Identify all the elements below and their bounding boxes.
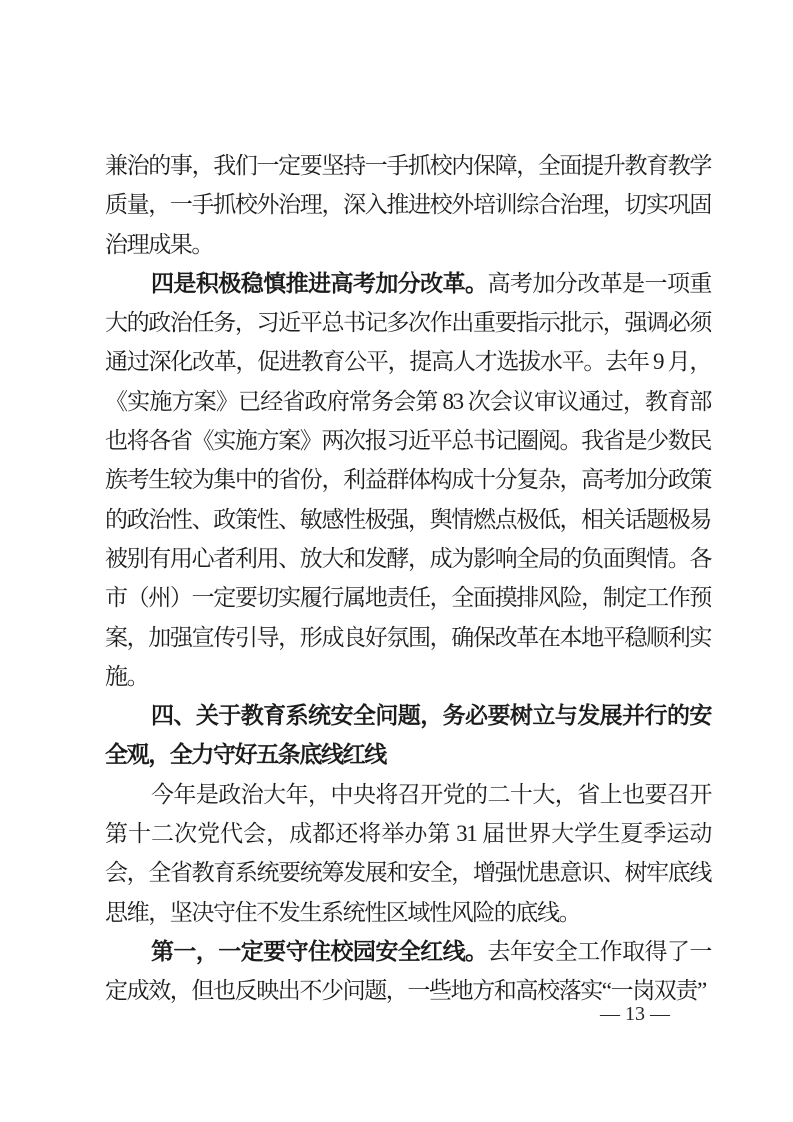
- bold-lead-text: 第一，一定要守住校园安全红线。: [151, 938, 487, 964]
- paragraph: 今年是政治大年，中央将召开党的二十大，省上也要召开第十二次党代会，成都还将举办第…: [105, 775, 711, 932]
- paragraph-text: 高考加分改革是一项重大的政治任务，习近平总书记多次作出重要指示批示，强调必须通过…: [105, 271, 711, 689]
- document-body: 兼治的事，我们一定要坚持一手抓校内保障，全面提升教育教学质量，一手抓校外治理，深…: [105, 146, 711, 1011]
- bold-lead-text: 四是积极稳慎推进高考加分改革。: [151, 270, 487, 296]
- document-page: 兼治的事，我们一定要坚持一手抓校内保障，全面提升教育教学质量，一手抓校外治理，深…: [0, 0, 793, 1122]
- section-heading: 四、关于教育系统安全问题，务必要树立与发展并行的安全观，全力守好五条底线红线: [105, 696, 711, 775]
- paragraph: 第一，一定要守住校园安全红线。去年安全工作取得了一定成效，但也反映出不少问题，一…: [105, 932, 711, 1011]
- page-number: — 13 —: [560, 1000, 710, 1028]
- paragraph-continued: 兼治的事，我们一定要坚持一手抓校内保障，全面提升教育教学质量，一手抓校外治理，深…: [105, 146, 711, 264]
- paragraph: 四是积极稳慎推进高考加分改革。高考加分改革是一项重大的政治任务，习近平总书记多次…: [105, 264, 711, 696]
